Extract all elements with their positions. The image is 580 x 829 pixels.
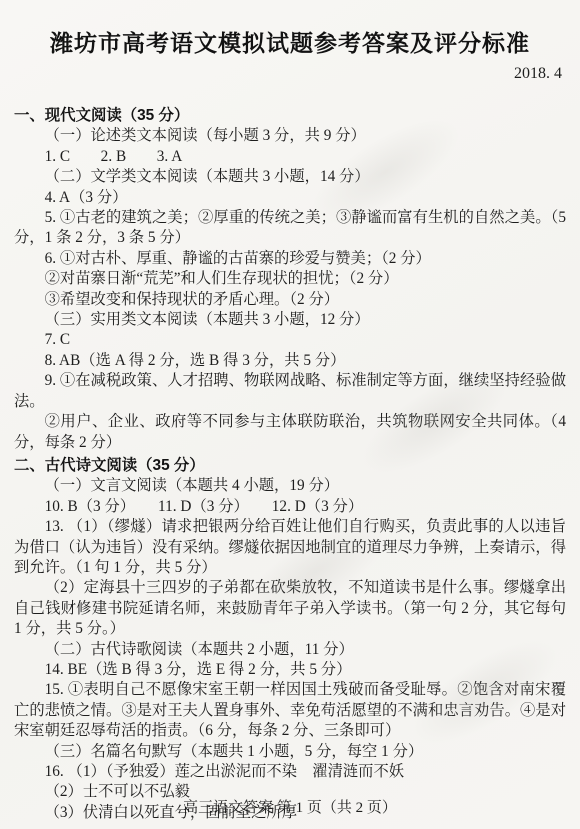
paragraph-answers-1-3: 1. C 2. B 3. A <box>14 147 566 167</box>
paragraph-answer-6-item2: ②对苗寨日渐“荒芜”和人们生存现状的担忧；（2 分） <box>14 269 566 289</box>
paragraph-practical-reading-subheading: （三）实用类文本阅读（本题共 3 小题，12 分） <box>14 310 566 330</box>
section-classical-reading-heading: 二、古代诗文阅读（35 分） <box>14 453 566 476</box>
paragraph-answer-13-2: （2）定海县十三四岁的子弟都在砍柴放牧，不知道读书是什么事。缪燧拿出自己钱财修建… <box>14 578 566 639</box>
document-date: 2018. 4 <box>0 58 580 83</box>
paragraph-answer-8: 8. AB（选 A 得 2 分，选 B 得 3 分，共 5 分） <box>14 351 566 371</box>
paragraph-answer-4: 4. A（3 分） <box>14 188 566 208</box>
paragraph-answer-6-item3: ③希望改变和保持现状的矛盾心理。（2 分） <box>14 290 566 310</box>
document-page: 潍坊市高考语文模拟试题参考答案及评分标准 2018. 4 一、现代文阅读（35 … <box>0 0 580 829</box>
paragraph-literary-reading-subheading: （二）文学类文本阅读（本题共 3 小题，14 分） <box>14 167 566 187</box>
page-footer: 高三语文答案 第 1 页（共 2 页） <box>0 796 580 817</box>
paragraph-answer-5: 5. ①古老的建筑之美；②厚重的传统之美；③静谧而富有生机的自然之美。（5 分，… <box>14 208 566 249</box>
paragraph-answer-9-item1: 9. ①在减税政策、人才招聘、物联网战略、标准制定等方面，继续坚持经验做法。 <box>14 371 566 412</box>
paragraph-answers-10-12: 10. B（3 分） 11. D（3 分） 12. D（3 分） <box>14 497 566 517</box>
document-body: 一、现代文阅读（35 分） （一）论述类文本阅读（每小题 3 分，共 9 分） … <box>0 83 580 823</box>
paragraph-classical-poetry-subheading: （二）古代诗歌阅读（本题共 2 小题，11 分） <box>14 640 566 660</box>
section-modern-reading-heading: 一、现代文阅读（35 分） <box>14 106 566 126</box>
paragraph-answer-15: 15. ①表明自己不愿像宋室王朝一样因国土残破而备受耻辱。②饱含对南宋覆亡的悲愤… <box>14 680 566 741</box>
paragraph-dictation-subheading: （三）名篇名句默写（本题共 1 小题，5 分，每空 1 分） <box>14 742 566 762</box>
paragraph-answer-6-item1: 6. ①对古朴、厚重、静谧的古苗寨的珍爱与赞美；（2 分） <box>14 249 566 269</box>
paragraph-argumentative-reading-subheading: （一）论述类文本阅读（每小题 3 分，共 9 分） <box>14 126 566 146</box>
paragraph-answer-7: 7. C <box>14 330 566 350</box>
document-title: 潍坊市高考语文模拟试题参考答案及评分标准 <box>0 0 580 58</box>
paragraph-answer-13-1: 13. （1）（缪燧）请求把银两分给百姓让他们自行购买，负责此事的人以违旨为借口… <box>14 517 566 578</box>
paragraph-answer-16-1: 16. （1）（予独爱）莲之出淤泥而不染 濯清涟而不妖 <box>14 762 566 782</box>
paragraph-classical-prose-subheading: （一）文言文阅读（本题共 4 小题，19 分） <box>14 476 566 496</box>
paragraph-answer-9-item2: ②用户、企业、政府等不同参与主体联防联治，共筑物联网安全共同体。（4 分，每条 … <box>14 412 566 453</box>
paragraph-answer-14: 14. BE（选 B 得 3 分，选 E 得 2 分，共 5 分） <box>14 660 566 680</box>
